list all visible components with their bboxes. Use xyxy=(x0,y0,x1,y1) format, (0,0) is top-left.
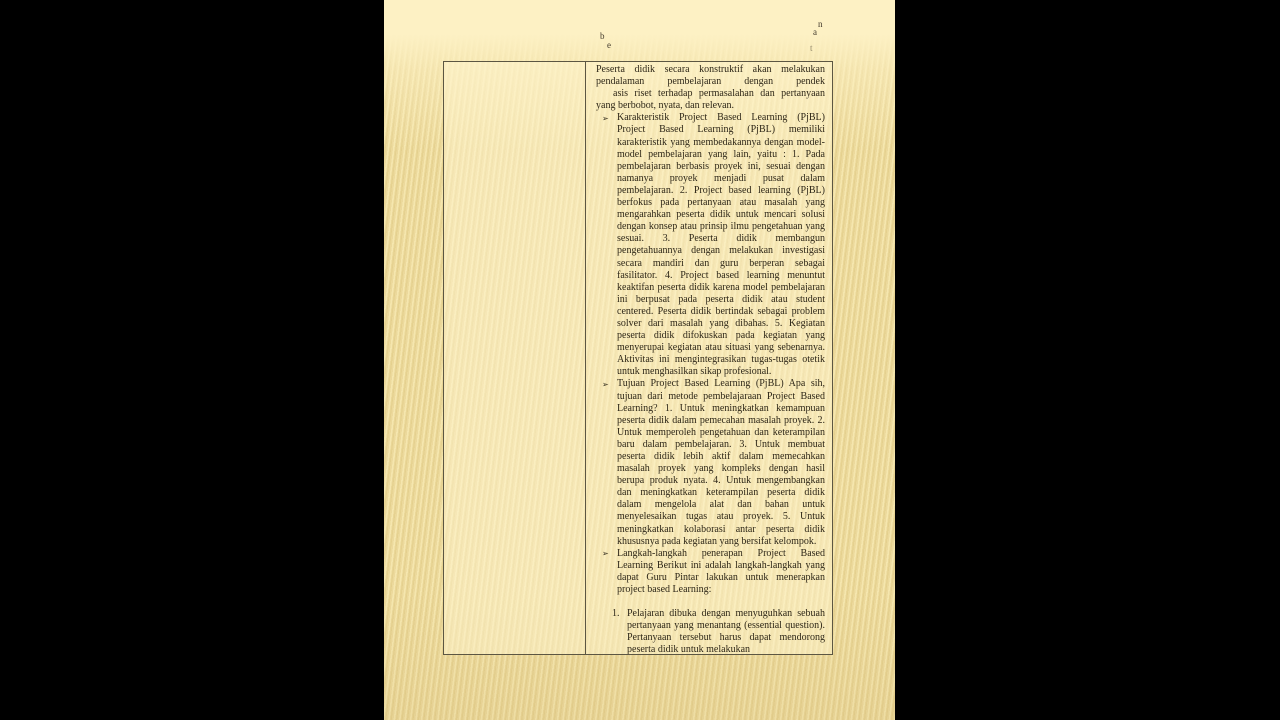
stray-letter: b xyxy=(600,32,605,41)
document-table: Peserta didik secara konstruktif akan me… xyxy=(443,61,833,655)
arrow-bullet-icon: ➢ xyxy=(602,380,609,390)
bullet-item-tujuan: ➢ Tujuan Project Based Learning (PjBL) A… xyxy=(596,378,825,547)
arrow-bullet-icon: ➢ xyxy=(602,114,609,124)
bullet-item-karakteristik: ➢ Karakteristik Project Based Learning (… xyxy=(596,112,825,378)
slide-background: b e n a t ″ Peserta didik secara konstru… xyxy=(384,0,895,720)
numbered-item-text: Pelajaran dibuka dengan menyuguhkan sebu… xyxy=(627,608,825,654)
bullet-item-langkah: ➢ Langkah-langkah penerapan Project Base… xyxy=(596,548,825,596)
numbered-item-number: 1. xyxy=(612,608,620,620)
arrow-bullet-icon: ➢ xyxy=(602,549,609,559)
bullet-text: Karakteristik Project Based Learning (Pj… xyxy=(617,112,825,377)
intro-paragraph-line-1: Peserta didik secara konstruktif akan me… xyxy=(596,64,825,88)
right-letterbox-bar xyxy=(895,0,1280,720)
bullet-text: Langkah-langkah penerapan Project Based … xyxy=(617,548,825,595)
stray-letter: e xyxy=(607,41,611,50)
stray-letter: n xyxy=(818,20,823,29)
table-cell-empty xyxy=(444,62,586,654)
intro-paragraph-line-2: asis riset terhadap permasalahan dan per… xyxy=(596,88,825,112)
left-letterbox-bar xyxy=(0,0,384,720)
video-frame: b e n a t ″ Peserta didik secara konstru… xyxy=(0,0,1280,720)
table-cell-content: Peserta didik secara konstruktif akan me… xyxy=(586,62,832,654)
bullet-text: Tujuan Project Based Learning (PjBL) Apa… xyxy=(617,378,825,546)
numbered-item: 1. Pelajaran dibuka dengan menyuguhkan s… xyxy=(596,608,825,654)
stray-letter: t xyxy=(810,44,813,53)
stray-letter: a xyxy=(813,28,817,37)
